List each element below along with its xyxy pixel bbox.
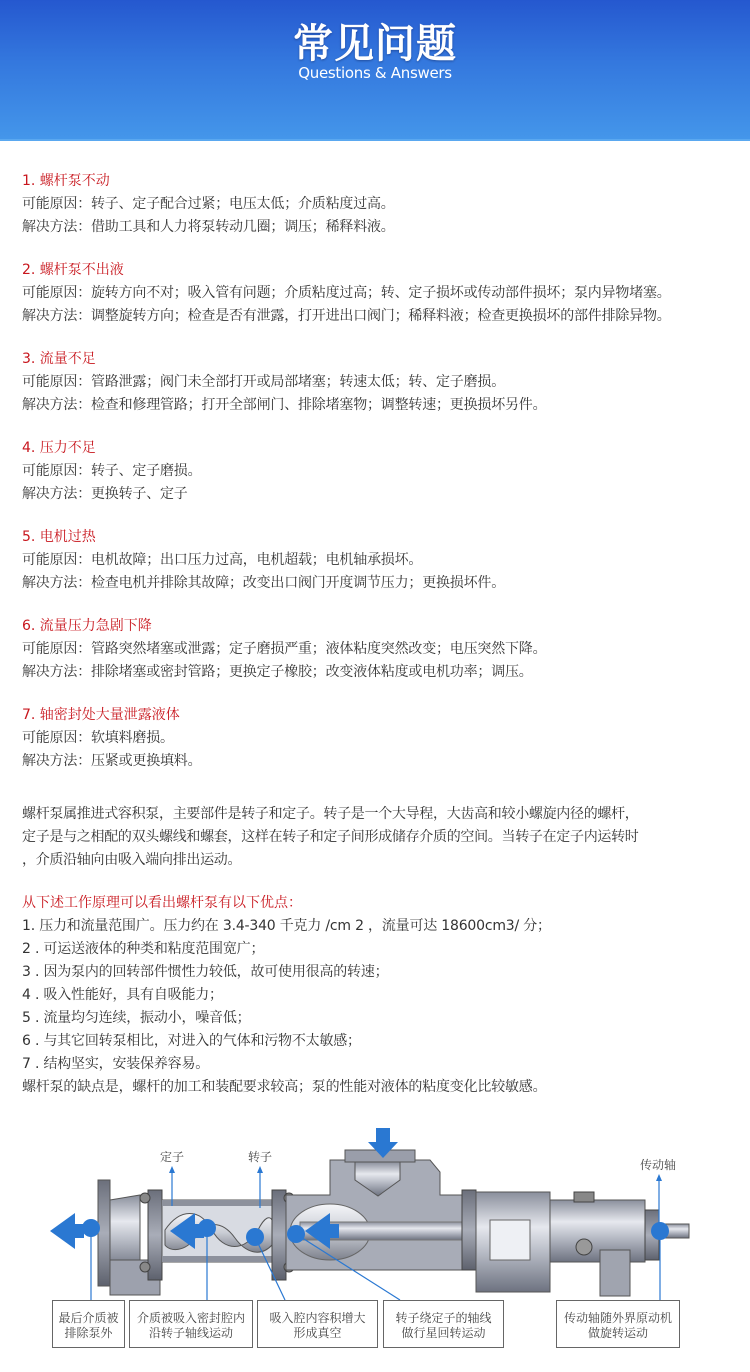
faq-title: 6. 流量压力急剧下降 (22, 615, 742, 638)
advantage-item: 7 . 结构坚实，安装保养容易。 (22, 1053, 742, 1076)
caption-box: 吸入腔内容积增大 形成真空 (257, 1300, 378, 1348)
faq-cause: 可能原因：转子、定子磨损。 (22, 460, 742, 483)
advantage-item: 4 . 吸入性能好，具有自吸能力； (22, 984, 742, 1007)
faq-solution: 解决方法：借助工具和人力将泵转动几圈；调压；稀释料液。 (22, 216, 742, 239)
stator-label: 定子 (160, 1148, 184, 1165)
faq-title: 2. 螺杆泵不出液 (22, 259, 742, 282)
caption-line: 形成真空 (258, 1326, 377, 1341)
faq-item: 5. 电机过热 可能原因：电机故障；出口压力过高，电机超载；电机轴承损坏。 解决… (22, 526, 742, 595)
faq-cause: 可能原因：软填料磨损。 (22, 727, 742, 750)
caption-line: 排除泵外 (53, 1326, 124, 1341)
caption-line: 传动轴随外界原动机 (557, 1311, 679, 1326)
advantage-item: 1. 压力和流量范围广。压力约在 3.4-340 千克力 /cm 2 ，流量可达… (22, 915, 742, 938)
advantage-item: 6 . 与其它回转泵相比，对进入的气体和污物不太敏感； (22, 1030, 742, 1053)
faq-item: 7. 轴密封处大量泄露液体 可能原因：软填料磨损。 解决方法：压紧或更换填料。 (22, 704, 742, 773)
faq-title: 4. 压力不足 (22, 437, 742, 460)
page-title: 常见问题 (0, 12, 750, 69)
caption-line: 介质被吸入密封腔内 (130, 1311, 252, 1326)
faq-solution: 解决方法：调整旋转方向；检查是否有泄露，打开进出口阀门；稀释料液；检查更换损坏的… (22, 305, 742, 328)
advantage-item: 2 . 可运送液体的种类和粘度范围宽广； (22, 938, 742, 961)
caption-line: 转子绕定子的轴线 (384, 1311, 503, 1326)
page-subtitle: Questions & Answers (0, 64, 750, 82)
advantage-item: 5 . 流量均匀连续，振动小，噪音低； (22, 1007, 742, 1030)
faq-item: 4. 压力不足 可能原因：转子、定子磨损。 解决方法：更换转子、定子 (22, 437, 742, 506)
header-banner: 常见问题 Questions & Answers (0, 0, 750, 141)
rotor-label: 转子 (248, 1148, 272, 1165)
faq-cause: 可能原因：管路突然堵塞或泄露；定子磨损严重；液体粘度突然改变；电压突然下降。 (22, 638, 742, 661)
faq-item: 3. 流量不足 可能原因：管路泄露；阀门未全部打开或局部堵塞；转速太低；转、定子… (22, 348, 742, 417)
faq-cause: 可能原因：电机故障；出口压力过高，电机超载；电机轴承损坏。 (22, 549, 742, 572)
faq-content: 1. 螺杆泵不动 可能原因：转子、定子配合过紧；电压太低；介质粘度过高。 解决方… (22, 170, 742, 1099)
faq-item: 1. 螺杆泵不动 可能原因：转子、定子配合过紧；电压太低；介质粘度过高。 解决方… (22, 170, 742, 239)
intro-paragraph: 螺杆泵属推进式容积泵，主要部件是转子和定子。转子是一个大导程，大齿高和较小螺旋内… (22, 803, 742, 872)
advantage-item: 3 . 因为泵内的回转部件惯性力较低，故可使用很高的转速； (22, 961, 742, 984)
faq-solution: 解决方法：更换转子、定子 (22, 483, 742, 506)
disadvantage-text: 螺杆泵的缺点是，螺杆的加工和装配要求较高；泵的性能对液体的粘度变化比较敏感。 (22, 1076, 742, 1099)
caption-line: 最后介质被 (53, 1311, 124, 1326)
caption-box: 转子绕定子的轴线 做行星回转运动 (383, 1300, 504, 1348)
caption-box: 介质被吸入密封腔内 沿转子轴线运动 (129, 1300, 253, 1348)
faq-cause: 可能原因：旋转方向不对；吸入管有问题；介质粘度过高；转、定子损坏或传动部件损坏；… (22, 282, 742, 305)
faq-cause: 可能原因：管路泄露；阀门未全部打开或局部堵塞；转速太低；转、定子磨损。 (22, 371, 742, 394)
advantages-section: 从下述工作原理可以看出螺杆泵有以下优点： 1. 压力和流量范围广。压力约在 3.… (22, 892, 742, 1099)
faq-title: 7. 轴密封处大量泄露液体 (22, 704, 742, 727)
faq-item: 6. 流量压力急剧下降 可能原因：管路突然堵塞或泄露；定子磨损严重；液体粘度突然… (22, 615, 742, 684)
intro-line: ，介质沿轴向由吸入端向排出运动。 (22, 849, 742, 872)
faq-solution: 解决方法：排除堵塞或密封管路；更换定子橡胶；改变液体粘度或电机功率；调压。 (22, 661, 742, 684)
faq-solution: 解决方法：检查和修理管路；打开全部闸门、排除堵塞物；调整转速；更换损坏另件。 (22, 394, 742, 417)
screw-pump-diagram: 定子 转子 传动轴 最后介质被 排除泵外 介质被吸入密封腔内 沿转子轴线运动 吸… (0, 1120, 750, 1372)
faq-title: 5. 电机过热 (22, 526, 742, 549)
caption-line: 吸入腔内容积增大 (258, 1311, 377, 1326)
caption-box: 最后介质被 排除泵外 (52, 1300, 125, 1348)
discharge-arrow-icon (50, 1213, 84, 1249)
faq-title: 1. 螺杆泵不动 (22, 170, 742, 193)
drive-shaft-label: 传动轴 (640, 1156, 676, 1173)
faq-item: 2. 螺杆泵不出液 可能原因：旋转方向不对；吸入管有问题；介质粘度过高；转、定子… (22, 259, 742, 328)
caption-line: 沿转子轴线运动 (130, 1326, 252, 1341)
faq-cause: 可能原因：转子、定子配合过紧；电压太低；介质粘度过高。 (22, 193, 742, 216)
advantages-title: 从下述工作原理可以看出螺杆泵有以下优点： (22, 892, 742, 915)
faq-solution: 解决方法：检查电机并排除其故障；改变出口阀门开度调节压力；更换损坏件。 (22, 572, 742, 595)
caption-line: 做行星回转运动 (384, 1326, 503, 1341)
faq-solution: 解决方法：压紧或更换填料。 (22, 750, 742, 773)
caption-box: 传动轴随外界原动机 做旋转运动 (556, 1300, 680, 1348)
intro-line: 定子是与之相配的双头螺线和螺套，这样在转子和定子间形成储存介质的空间。当转子在定… (22, 826, 742, 849)
faq-title: 3. 流量不足 (22, 348, 742, 371)
intro-line: 螺杆泵属推进式容积泵，主要部件是转子和定子。转子是一个大导程，大齿高和较小螺旋内… (22, 803, 742, 826)
caption-line: 做旋转运动 (557, 1326, 679, 1341)
